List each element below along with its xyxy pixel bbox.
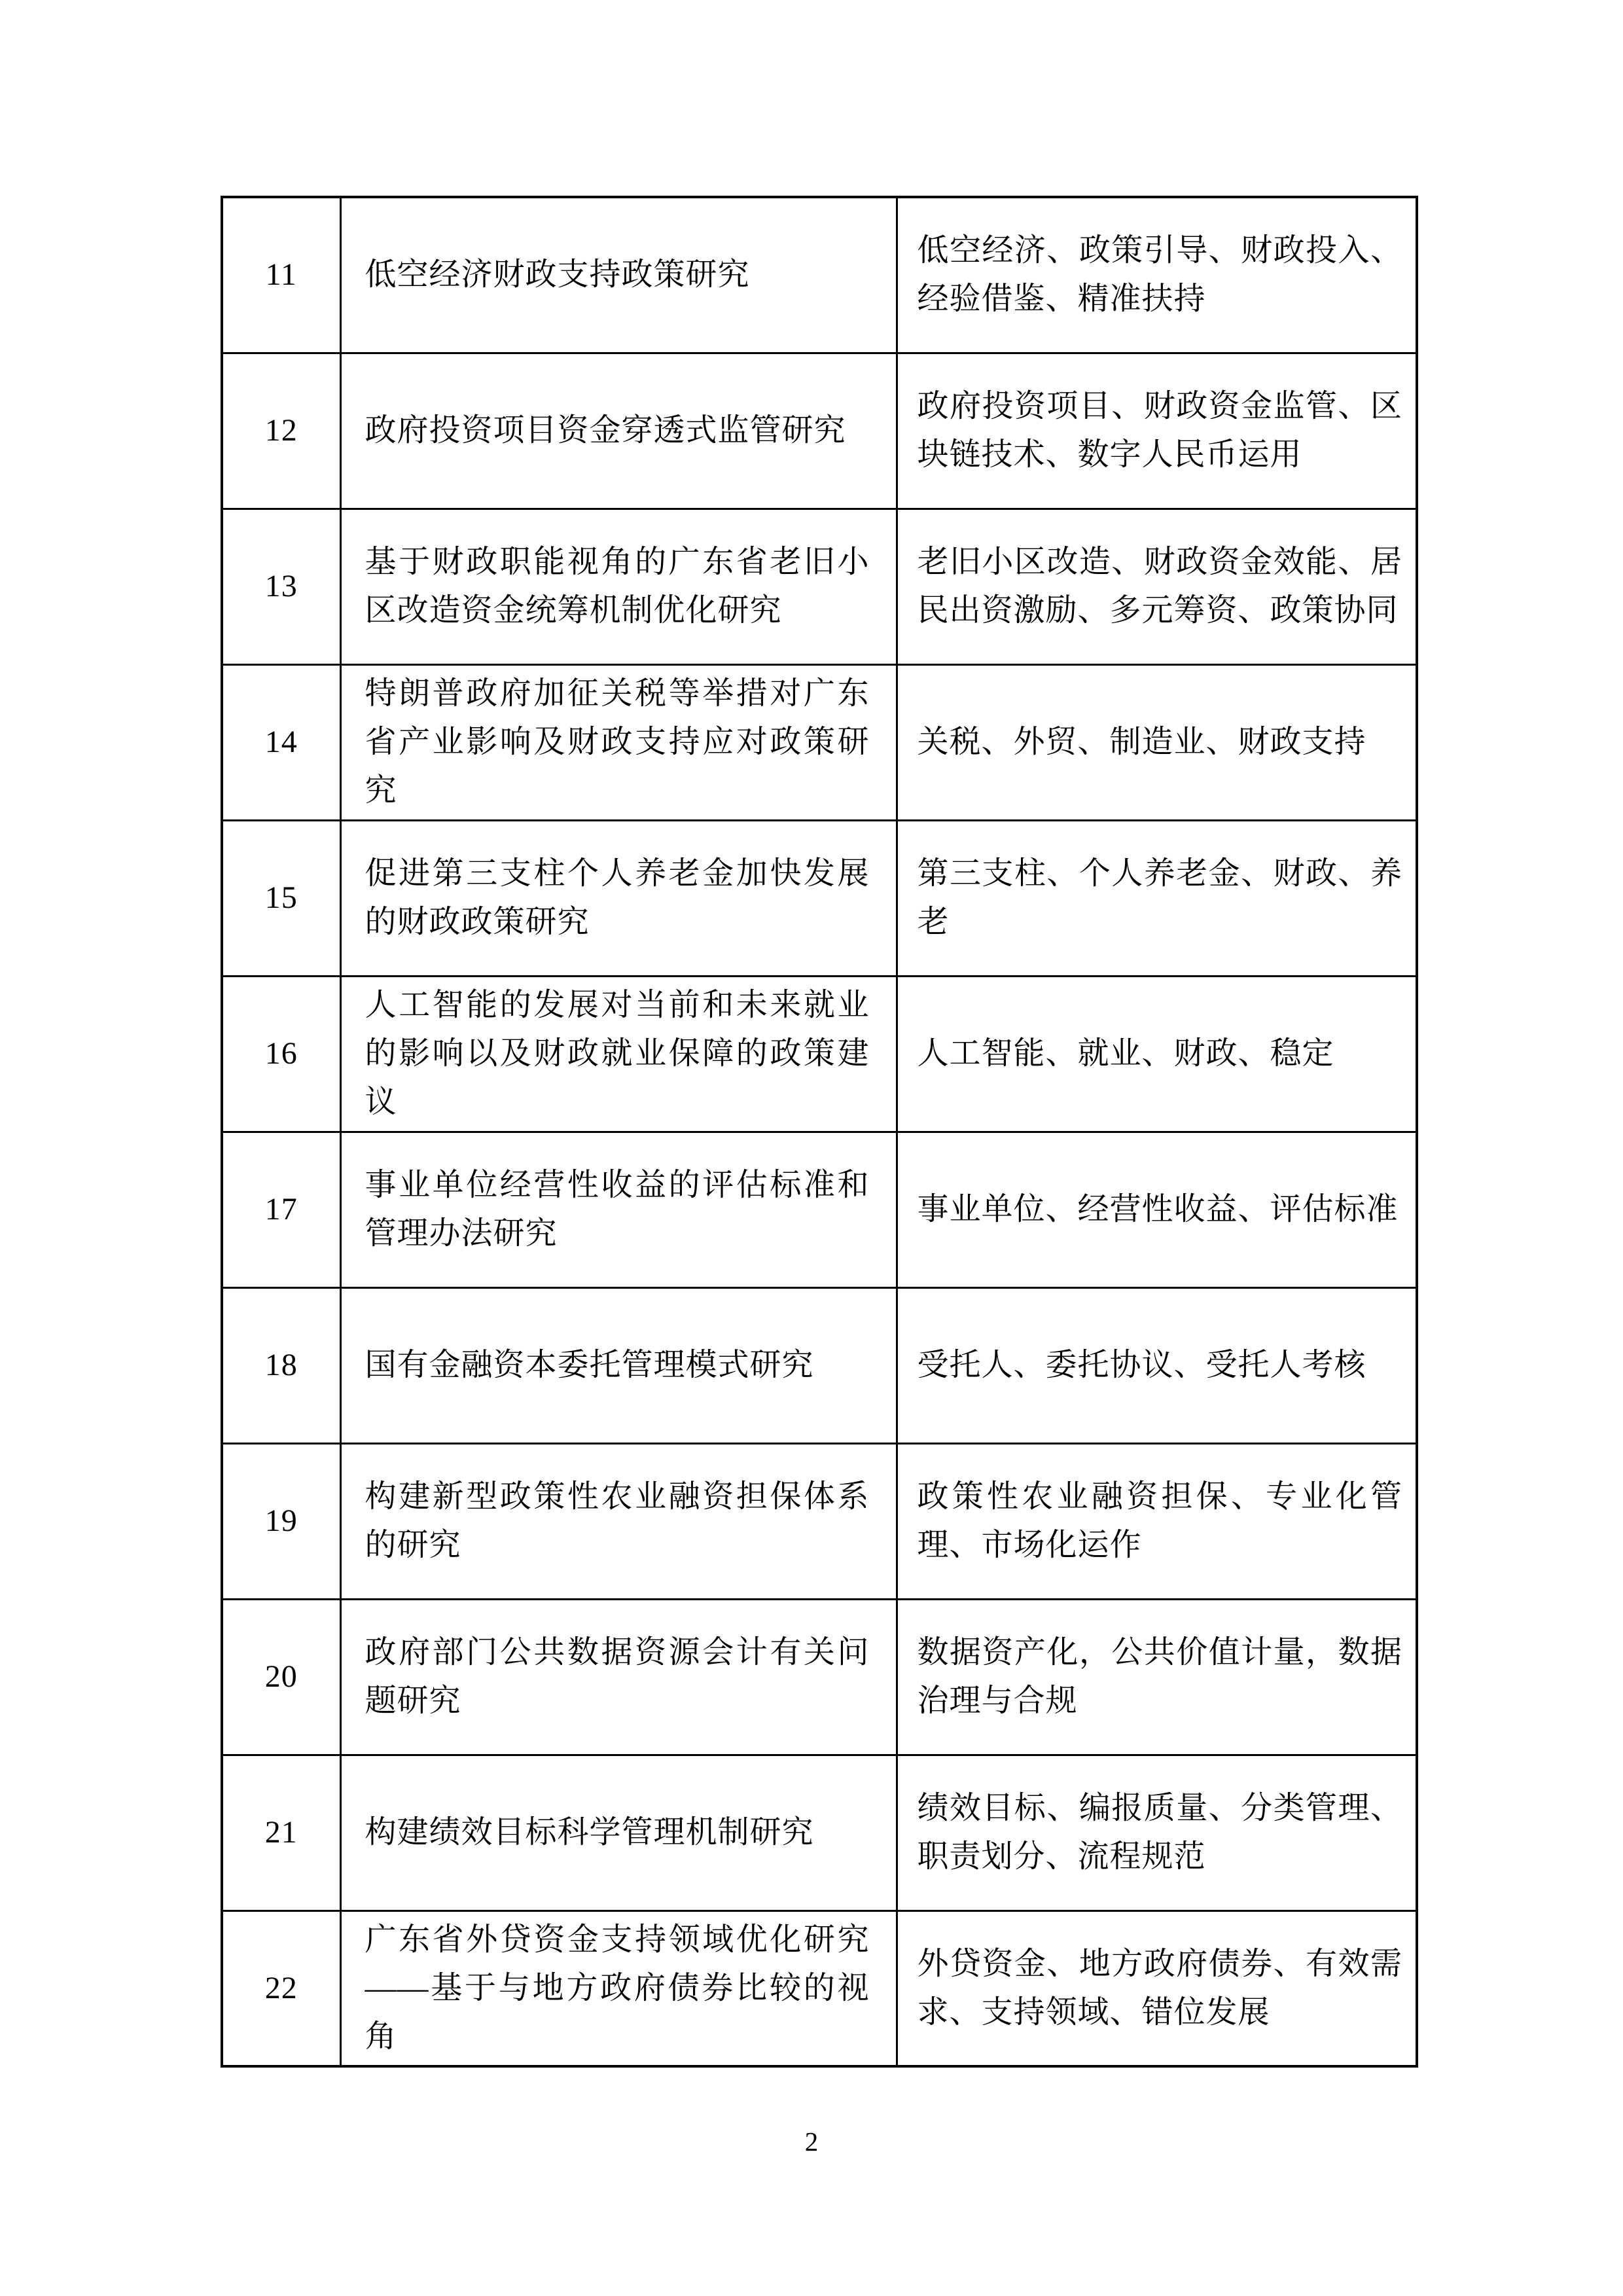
topic-title-cell: 构建新型政策性农业融资担保体系的研究 (340, 1443, 897, 1599)
keywords-cell: 数据资产化，公共价值计量，数据治理与合规 (897, 1599, 1417, 1755)
research-topics-table: 11 低空经济财政支持政策研究 低空经济、政策引导、财政投入、经验借鉴、精准扶持… (221, 196, 1418, 2068)
topic-title-cell: 人工智能的发展对当前和未来就业的影响以及财政就业保障的政策建议 (340, 976, 897, 1132)
keywords-cell: 政策性农业融资担保、专业化管理、市场化运作 (897, 1443, 1417, 1599)
row-number-cell: 19 (222, 1443, 340, 1599)
table-row: 15 促进第三支柱个人养老金加快发展的财政政策研究 第三支柱、个人养老金、财政、… (222, 820, 1417, 976)
table-row: 12 政府投资项目资金穿透式监管研究 政府投资项目、财政资金监管、区块链技术、数… (222, 353, 1417, 509)
row-number-cell: 17 (222, 1132, 340, 1287)
page-number: 2 (0, 2128, 1623, 2155)
table-row: 22 广东省外贷资金支持领域优化研究——基于与地方政府债券比较的视角 外贷资金、… (222, 1910, 1417, 2066)
topic-title-cell: 政府部门公共数据资源会计有关问题研究 (340, 1599, 897, 1755)
document-page: 11 低空经济财政支持政策研究 低空经济、政策引导、财政投入、经验借鉴、精准扶持… (0, 0, 1623, 2296)
keywords-cell: 老旧小区改造、财政资金效能、居民出资激励、多元筹资、政策协同 (897, 509, 1417, 664)
row-number-cell: 20 (222, 1599, 340, 1755)
keywords-cell: 人工智能、就业、财政、稳定 (897, 976, 1417, 1132)
topic-title-cell: 广东省外贷资金支持领域优化研究——基于与地方政府债券比较的视角 (340, 1910, 897, 2066)
row-number-cell: 14 (222, 664, 340, 820)
row-number-cell: 21 (222, 1755, 340, 1910)
topic-title-cell: 政府投资项目资金穿透式监管研究 (340, 353, 897, 509)
table-row: 18 国有金融资本委托管理模式研究 受托人、委托协议、受托人考核 (222, 1287, 1417, 1443)
table-row: 14 特朗普政府加征关税等举措对广东省产业影响及财政支持应对政策研究 关税、外贸… (222, 664, 1417, 820)
row-number-cell: 13 (222, 509, 340, 664)
topic-title-cell: 国有金融资本委托管理模式研究 (340, 1287, 897, 1443)
keywords-cell: 第三支柱、个人养老金、财政、养老 (897, 820, 1417, 976)
keywords-cell: 受托人、委托协议、受托人考核 (897, 1287, 1417, 1443)
keywords-cell: 事业单位、经营性收益、评估标准 (897, 1132, 1417, 1287)
table-row: 19 构建新型政策性农业融资担保体系的研究 政策性农业融资担保、专业化管理、市场… (222, 1443, 1417, 1599)
table-row: 17 事业单位经营性收益的评估标准和管理办法研究 事业单位、经营性收益、评估标准 (222, 1132, 1417, 1287)
topic-title-cell: 构建绩效目标科学管理机制研究 (340, 1755, 897, 1910)
topic-title-cell: 基于财政职能视角的广东省老旧小区改造资金统筹机制优化研究 (340, 509, 897, 664)
row-number-cell: 16 (222, 976, 340, 1132)
row-number-cell: 12 (222, 353, 340, 509)
topic-title-cell: 事业单位经营性收益的评估标准和管理办法研究 (340, 1132, 897, 1287)
keywords-cell: 外贷资金、地方政府债券、有效需求、支持领域、错位发展 (897, 1910, 1417, 2066)
keywords-cell: 关税、外贸、制造业、财政支持 (897, 664, 1417, 820)
keywords-cell: 政府投资项目、财政资金监管、区块链技术、数字人民币运用 (897, 353, 1417, 509)
table-row: 20 政府部门公共数据资源会计有关问题研究 数据资产化，公共价值计量，数据治理与… (222, 1599, 1417, 1755)
topic-title-cell: 低空经济财政支持政策研究 (340, 197, 897, 353)
row-number-cell: 22 (222, 1910, 340, 2066)
table-row: 16 人工智能的发展对当前和未来就业的影响以及财政就业保障的政策建议 人工智能、… (222, 976, 1417, 1132)
table-row: 13 基于财政职能视角的广东省老旧小区改造资金统筹机制优化研究 老旧小区改造、财… (222, 509, 1417, 664)
table-row: 21 构建绩效目标科学管理机制研究 绩效目标、编报质量、分类管理、职责划分、流程… (222, 1755, 1417, 1910)
keywords-cell: 低空经济、政策引导、财政投入、经验借鉴、精准扶持 (897, 197, 1417, 353)
row-number-cell: 18 (222, 1287, 340, 1443)
keywords-cell: 绩效目标、编报质量、分类管理、职责划分、流程规范 (897, 1755, 1417, 1910)
topic-title-cell: 特朗普政府加征关税等举措对广东省产业影响及财政支持应对政策研究 (340, 664, 897, 820)
table-row: 11 低空经济财政支持政策研究 低空经济、政策引导、财政投入、经验借鉴、精准扶持 (222, 197, 1417, 353)
row-number-cell: 15 (222, 820, 340, 976)
row-number-cell: 11 (222, 197, 340, 353)
topic-title-cell: 促进第三支柱个人养老金加快发展的财政政策研究 (340, 820, 897, 976)
